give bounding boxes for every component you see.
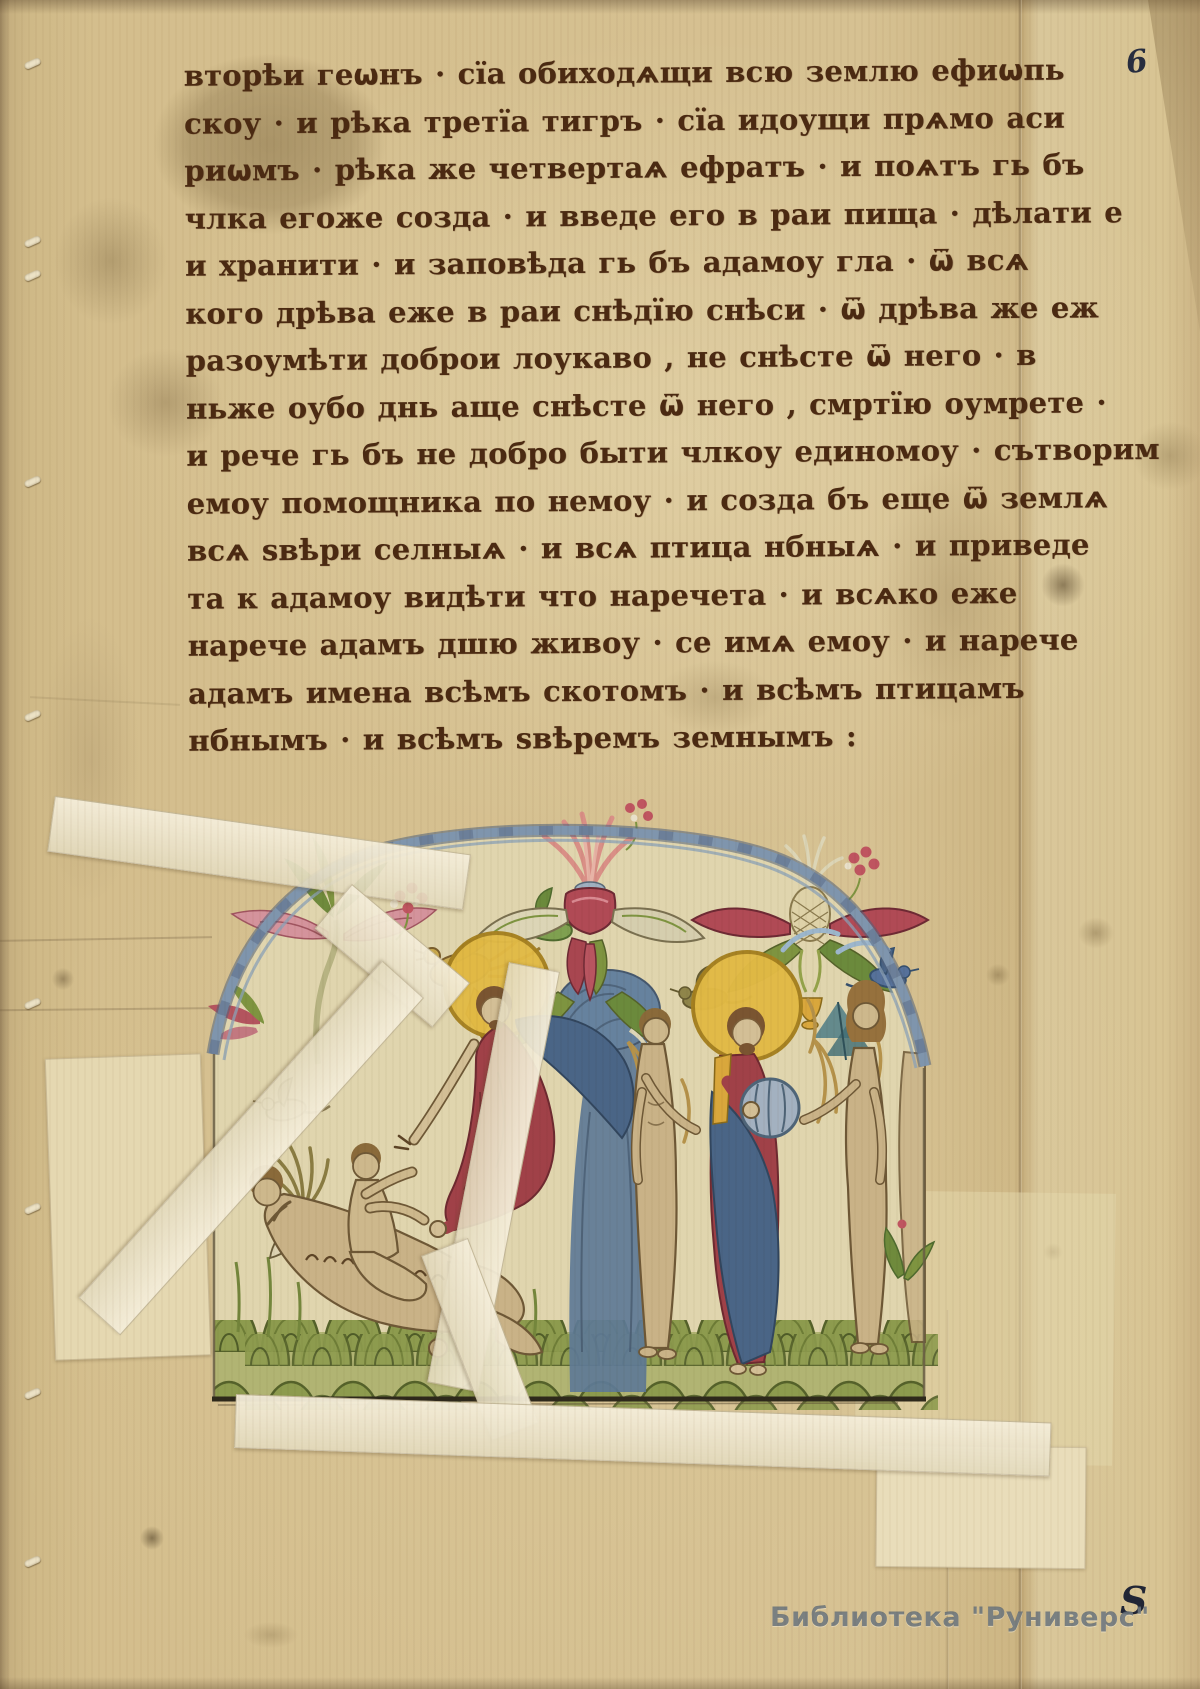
manuscript-page: 6 вторѣи геѡнъ · сїа обиходѧщи всю землю… bbox=[0, 0, 1200, 1689]
binding-stitch bbox=[23, 235, 41, 248]
ink-stain bbox=[28, 580, 153, 940]
folio-number: 6 bbox=[1124, 43, 1150, 81]
binding-stitch bbox=[23, 1555, 41, 1568]
ink-stain bbox=[982, 960, 1014, 990]
flower-sprig bbox=[844, 847, 880, 905]
library-watermark: Библиотека "Руниверс" bbox=[770, 1602, 1150, 1633]
text-line: скоу · и рѣка третїа тигръ · сїа идоущи … bbox=[184, 95, 974, 148]
text-line: адамъ имена всѣмъ скотомъ · и всѣмъ птиц… bbox=[188, 665, 978, 718]
crease-line bbox=[30, 696, 180, 706]
text-line: кого дрѣва еже в раи снѣдїю снѣси · ѿ др… bbox=[185, 285, 975, 338]
ink-stain bbox=[48, 964, 78, 994]
text-line: ньже оубо днь аще снѣсте ѿ него , смртїю… bbox=[186, 380, 976, 433]
crease-line bbox=[0, 936, 212, 942]
underleaf-corner bbox=[1148, 0, 1200, 332]
text-line: нарече адамъ дшю живоу · се имѧ емоу · и… bbox=[188, 617, 978, 670]
page-edge-left bbox=[0, 0, 10, 1689]
text-line: члка егоже созда · и введе его в раи пищ… bbox=[185, 190, 975, 243]
text-line: та к адамоу видѣти что наречета · и всѧк… bbox=[187, 570, 977, 623]
ink-stain bbox=[36, 176, 186, 346]
binding-stitch bbox=[23, 269, 41, 282]
text-line: и рече гь бъ не добро быти члкоу единомо… bbox=[186, 427, 976, 480]
text-line: вторѣи геѡнъ · сїа обиходѧщи всю землю е… bbox=[184, 47, 974, 100]
ink-stain bbox=[236, 1618, 306, 1652]
text-line: и хранити · и заповѣда гь бъ адамоу гла … bbox=[185, 237, 975, 290]
text-line: всѧ ѕвѣри селныѧ · и всѧ птица нбныѧ · и… bbox=[187, 522, 977, 575]
binding-stitch bbox=[23, 709, 41, 722]
binding-stitch bbox=[23, 1387, 41, 1400]
ink-stain bbox=[1072, 912, 1120, 954]
manuscript-text-block: вторѣи геѡнъ · сїа обиходѧщи всю землю е… bbox=[184, 47, 979, 765]
binding-stitch bbox=[23, 57, 41, 70]
text-line: емоу помощника по немоу · и созда бъ еще… bbox=[187, 475, 977, 528]
ink-stain bbox=[136, 1522, 168, 1554]
text-line: риѡмъ · рѣка же четвертаѧ ефратъ · и поѧ… bbox=[184, 142, 974, 195]
text-line: разоумѣти доброи лоукаво , не снѣсте ѿ н… bbox=[186, 332, 976, 385]
binding-stitch bbox=[23, 475, 41, 488]
text-line: нбнымъ · и всѣмъ ѕвѣремъ земнымъ : bbox=[188, 712, 978, 765]
binding-stitch bbox=[23, 1202, 41, 1215]
ink-stain bbox=[1034, 556, 1092, 614]
